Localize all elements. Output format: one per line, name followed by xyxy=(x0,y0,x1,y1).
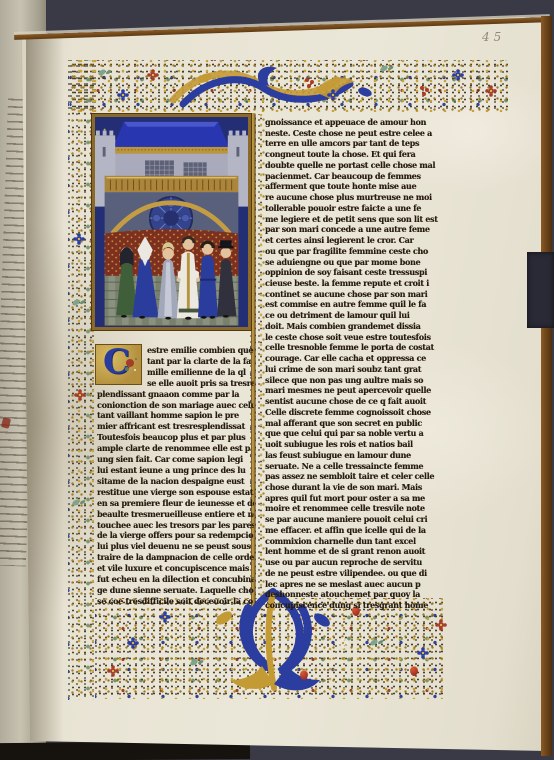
manuscript-text-line: continet se aucune chose par son mari xyxy=(265,289,467,300)
manuscript-text-line: mari mesmes ne peut apercevoir quelle xyxy=(265,385,467,396)
manuscript-text-line: en sa premiere fleur de ieunesse et de xyxy=(97,498,254,509)
manuscript-text-line: se coe tresdifficile soit deceuoir la co xyxy=(97,596,254,607)
manuscript-page: 45 xyxy=(0,0,554,760)
manuscript-text-line: commixion charnelle dun tant excel xyxy=(265,536,467,547)
manuscript-text-line: doit. Mais combien grandemet dissia xyxy=(265,321,467,332)
manuscript-text-line: que que celui qui par sa noble vertu a xyxy=(265,428,467,439)
page-holder-tab xyxy=(527,252,554,328)
manuscript-text-line: sentist aucune chose de ce q fait auoit xyxy=(265,396,467,407)
flower-icon xyxy=(488,88,494,94)
manuscript-text-line: plendissant gnaaon comme par la xyxy=(97,389,254,400)
flower-icon xyxy=(110,668,116,674)
manuscript-text-line: seruate. Ne a celle tressaincte femme xyxy=(265,461,467,472)
manuscript-text-line: lec apres ne se meslast auec aucun p xyxy=(265,579,467,590)
manuscript-text-line: sitame de la nacion despaigne eust xyxy=(97,476,254,487)
flower-icon xyxy=(76,236,82,242)
manuscript-text-line: restitue une vierge son espouse estat xyxy=(97,487,254,498)
manuscript-photograph: 45 xyxy=(0,0,554,760)
manuscript-text-line: conionction de son mariage auec celui xyxy=(97,400,254,411)
manuscript-text-line: se par aucune maniere pouoit celui cri xyxy=(265,514,467,525)
manuscript-text-line: ung sien fait. Car come sapion legi xyxy=(97,454,254,465)
manuscript-text-line: chose durant la vie de son mari. Mais xyxy=(265,482,467,493)
manuscript-text-line: use ou par aucun reproche de servitu xyxy=(265,557,467,568)
manuscript-text-line: silece que non pas ung aultre mais so xyxy=(265,375,467,386)
manuscript-text-line: beaulte tresmerueilleuse entiere et no xyxy=(97,509,254,520)
manuscript-text-line: lent homme et de si grant renon auoit xyxy=(265,546,467,557)
left-text-column: estre emilie combien quetant par la clar… xyxy=(97,345,254,611)
manuscript-text-line: las feust subiugue en lamour dune xyxy=(265,450,467,461)
manuscript-text-line: terre en ulle amcors par tant de teps xyxy=(265,138,467,149)
manuscript-text-line: re aucune chose plus murtreuse ne moi xyxy=(265,192,467,203)
manuscript-text-line: gnoissance et appeuace de amour hon xyxy=(265,117,467,128)
manuscript-text-line: traire de la dampnacion de celle orde xyxy=(97,552,254,563)
manuscript-text-line: et vile luxure et concupiscence mais xyxy=(97,563,254,574)
manuscript-text-line: estre emilie combien que xyxy=(147,345,254,356)
manuscript-text-line: ample clarte de renommee elle est p xyxy=(97,443,254,454)
manuscript-text-line: moire et renommee celle tresvile note xyxy=(265,503,467,514)
manuscript-text-line: neste. Ceste chose ne peut estre celee a xyxy=(265,128,467,139)
left-floral-border xyxy=(68,60,94,700)
manuscript-text-line: lui crime de son mari soubz tant grat xyxy=(265,364,467,375)
manuscript-text-line: me effacer. et affin que icelle qui de l… xyxy=(265,525,467,536)
manuscript-text-line: ce ou detriment de lamour quil lui xyxy=(265,310,467,321)
right-text-column: gnoissance et appeuace de amour honneste… xyxy=(265,117,467,613)
manuscript-text-line: apres quil fut mort pour oster a sa me xyxy=(265,493,467,504)
gutter-shadow xyxy=(26,30,64,746)
flower-icon xyxy=(150,72,156,78)
manuscript-text-line: Celle discrete femme cognoissoit chose xyxy=(265,407,467,418)
berries-icon xyxy=(420,86,424,90)
manuscript-text-line: et certes ainsi legierent le cror. Car xyxy=(265,235,467,246)
manuscript-text-line: mier affricant est tresresplendissat xyxy=(97,421,254,432)
manuscript-text-line: oppinion de soy faisant ceste tressuspi xyxy=(265,267,467,278)
manuscript-text-line: celle tresnoble femme le porta de costat xyxy=(265,342,467,353)
flower-icon xyxy=(330,92,336,98)
flower-icon xyxy=(420,650,426,656)
flower-icon xyxy=(77,392,83,398)
flower-icon xyxy=(438,622,444,628)
manuscript-text-line: uoit subiugue les rois et natios bail xyxy=(265,439,467,450)
manuscript-text-line: mal afferant que son secret en public xyxy=(265,418,467,429)
manuscript-text-line: courage. Car elle cacha et oppressa ce xyxy=(265,353,467,364)
manuscript-text-line: doubte quelle ne portast celle chose mal xyxy=(265,160,467,171)
manuscript-text-line: tollerable pouoir estre faicte a une fe xyxy=(265,203,467,214)
flower-icon xyxy=(130,640,136,646)
manuscript-text-line: se elle auoit pris sa tresres xyxy=(147,378,254,389)
gold-gallery xyxy=(105,176,239,192)
manuscript-text-line: de la vierge offers pour sa redempcio xyxy=(97,530,254,541)
manuscript-text-line: concupiscence dung si tresgrant home xyxy=(265,600,467,611)
berries-icon xyxy=(305,78,309,82)
flower-icon xyxy=(455,72,461,78)
manuscript-text-line: le ceste chose soit veue estre toutesfoi… xyxy=(265,332,467,343)
manuscript-text-line: me legiere et de petit sens que son lit … xyxy=(265,214,467,225)
manuscript-text-line: par son mari concede a une autre feme xyxy=(265,224,467,235)
flower-icon xyxy=(120,92,126,98)
manuscript-text-line: cieuse beste. la femme repute et croit i xyxy=(265,278,467,289)
manuscript-text-line: mille emilienne de la ql xyxy=(147,367,254,378)
flower-icon xyxy=(340,640,346,646)
manuscript-text-line: lui estant ieune a ung prince des lu xyxy=(97,465,254,476)
folio-number: 45 xyxy=(482,30,505,44)
manuscript-text-line: congneut toute la chose. Et qui fera xyxy=(265,149,467,160)
manuscript-text-line: deshonneste atouchemet par quoy la xyxy=(265,589,467,600)
manuscript-text-line: tant vaillant homme sapion le pre xyxy=(97,410,254,421)
blue-roof xyxy=(110,122,232,154)
manuscript-text-line: Toutesfois beaucop plus et par plus xyxy=(97,432,254,443)
flower-icon xyxy=(162,614,168,620)
manuscript-text-line: ou que par fragilite femmine ceste cho xyxy=(265,246,467,257)
manuscript-text-line: afferment que toute honte mise aue xyxy=(265,181,467,192)
manuscript-text-line: pacienmet. Car beaucoup de femmes xyxy=(265,171,467,182)
manuscript-text-line: ge dune sienne seruate. Laquelle cho xyxy=(97,585,254,596)
manuscript-text-line: tant par la clarte de la fa xyxy=(147,356,254,367)
left-column-lines: plendissant gnaaon comme par laconioncti… xyxy=(97,389,254,607)
manuscript-text-line: de ne peust estre vilipendee. ou que di xyxy=(265,568,467,579)
manuscript-text-line: lui plus viel deuenu ne se peust sous xyxy=(97,541,254,552)
acanthus-scroll-icon xyxy=(165,62,385,112)
initial-wrapped-lines: estre emilie combien quetant par la clar… xyxy=(147,345,254,389)
manuscript-text-line: touchee auec les tresors par les pares xyxy=(97,520,254,531)
wedding-miniature xyxy=(92,114,251,330)
book-right-binding-edge xyxy=(541,16,552,756)
manuscript-text-line: pas assez ne sembloit taire et celer cel… xyxy=(265,471,467,482)
manuscript-text-line: fut echeu en la dilection et concubina xyxy=(97,574,254,585)
manuscript-text-line: se aduiengne ou que par mome bone xyxy=(265,257,467,268)
manuscript-text-line: est commise en autre femme quil le fa xyxy=(265,299,467,310)
